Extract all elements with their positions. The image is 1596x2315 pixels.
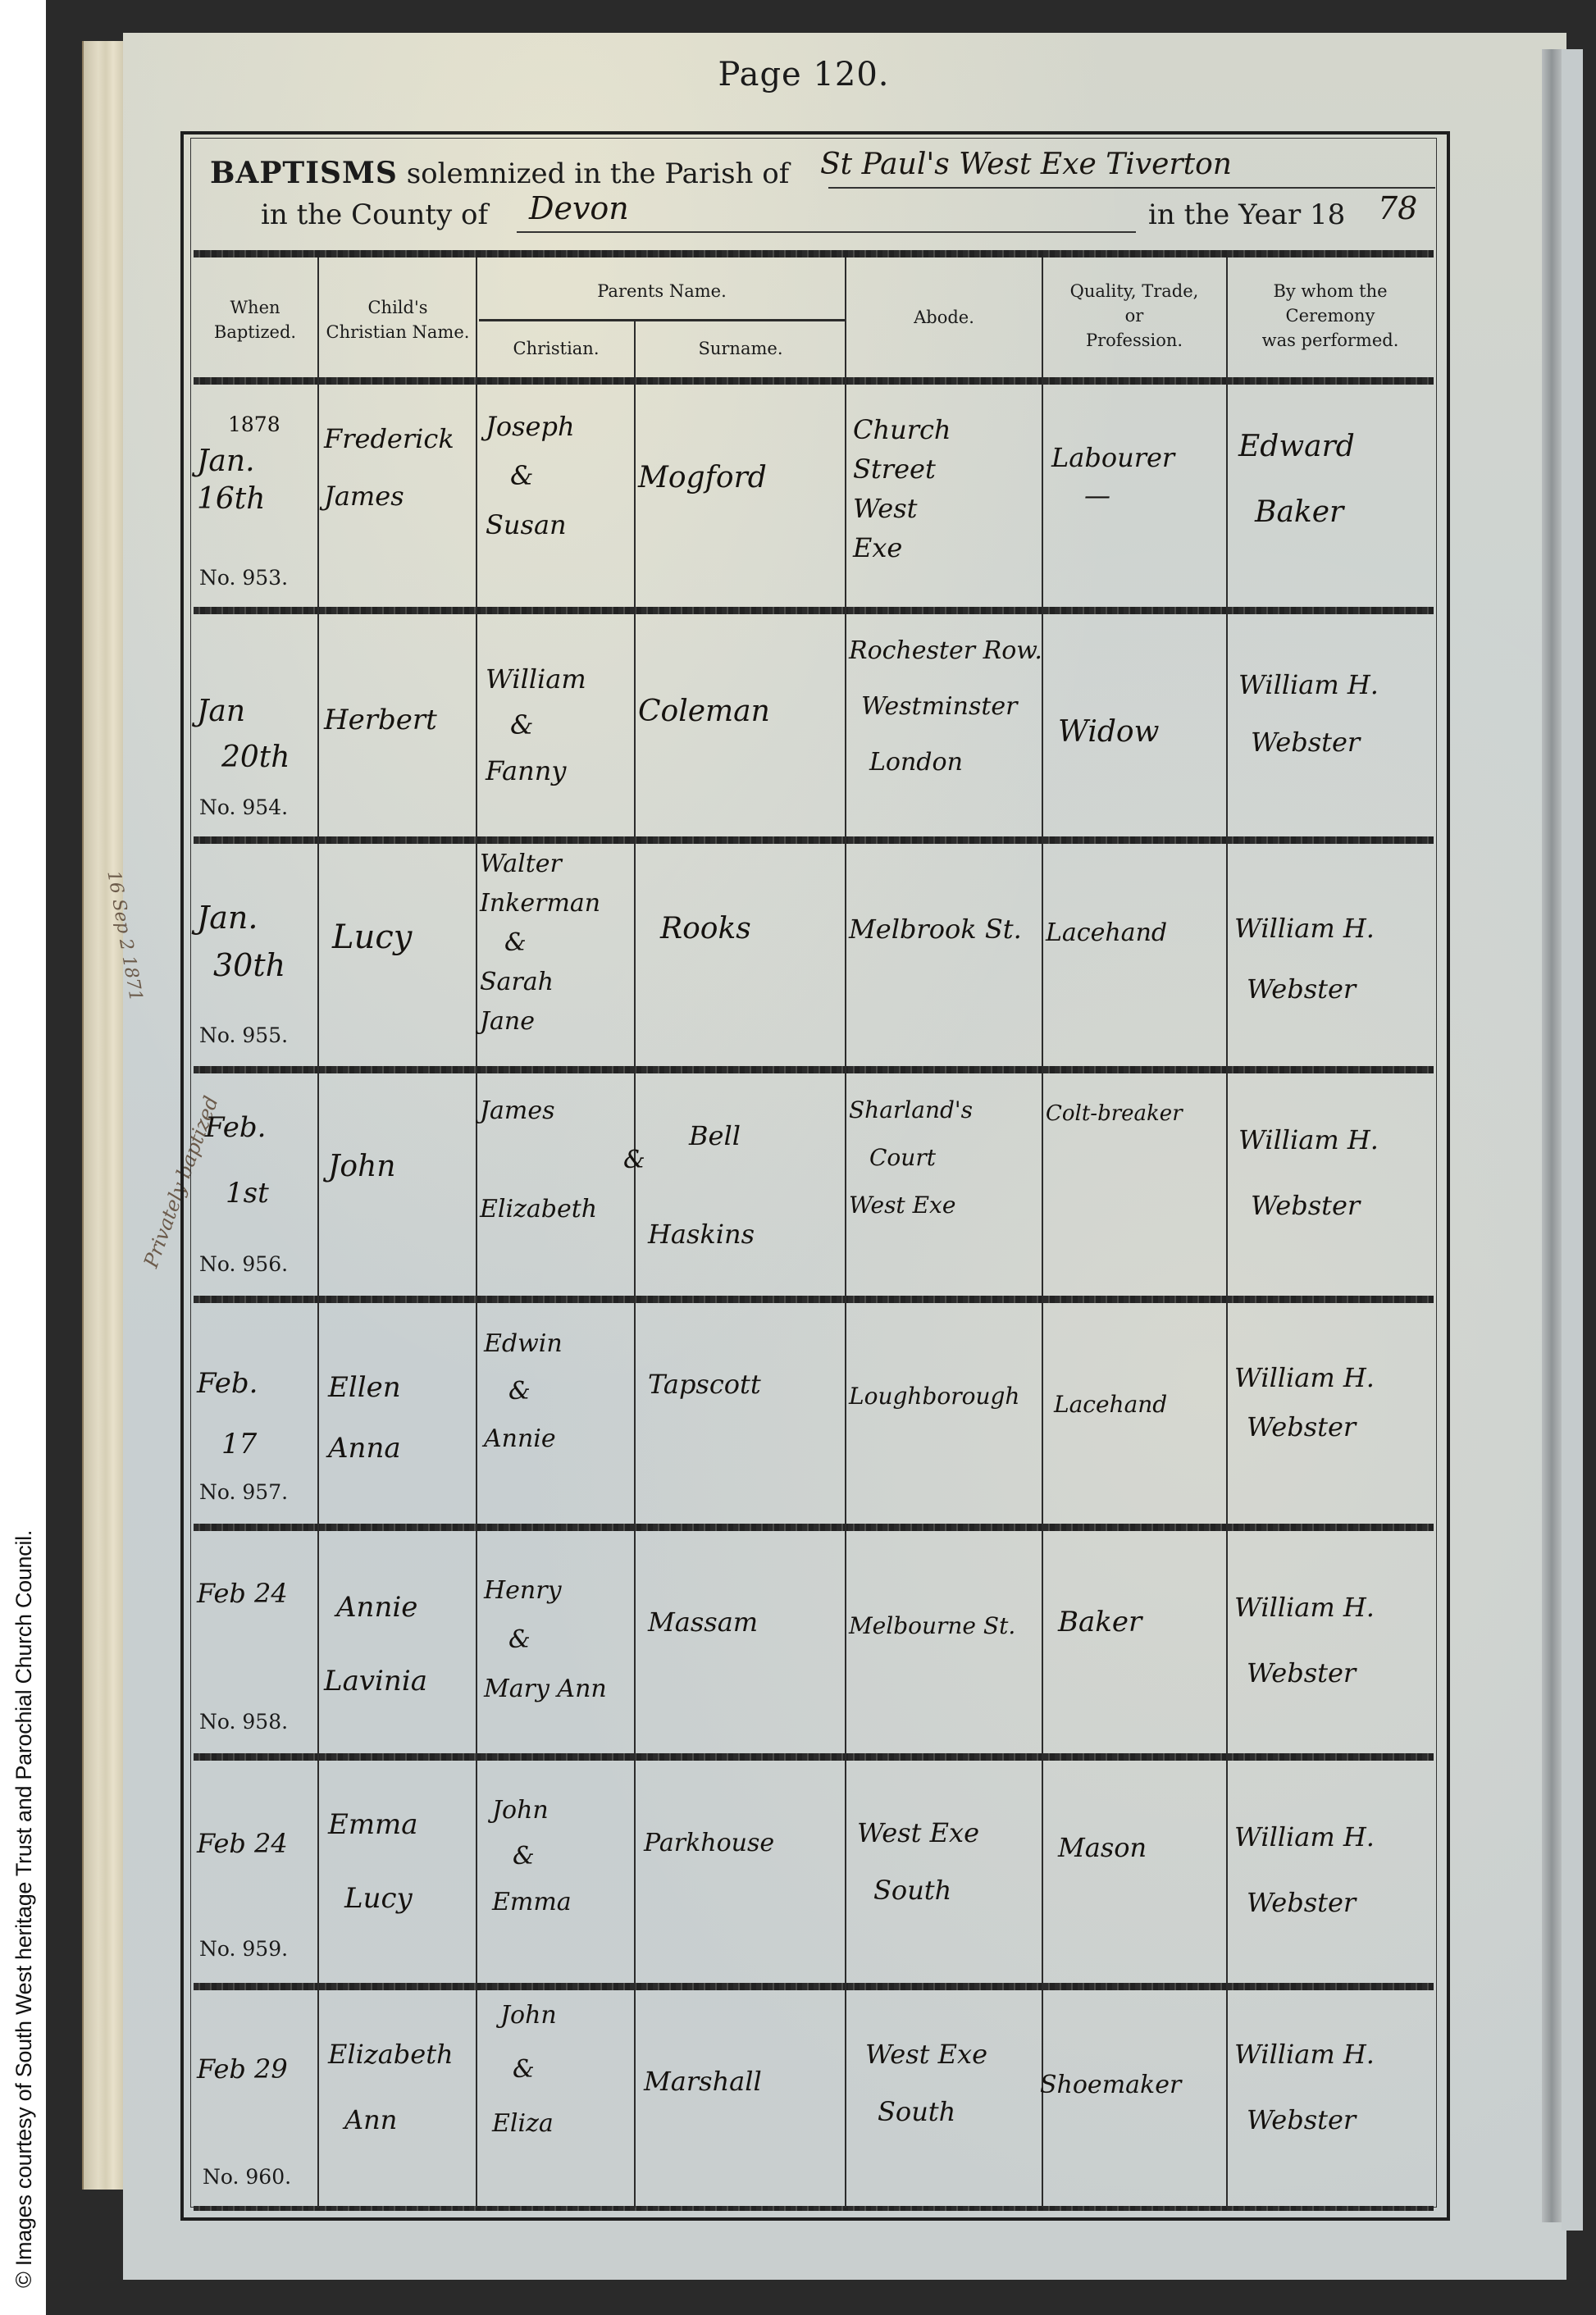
col-line-2 (476, 257, 477, 2208)
rule-header-top (194, 250, 1434, 257)
entry-surname: Parkhouse (644, 1825, 774, 1862)
col-line-5 (1042, 257, 1043, 2208)
book-gutter (1542, 49, 1562, 2222)
entry-quality: Mason (1058, 1829, 1147, 1866)
entry-by-whom: William H.Webster (1234, 2021, 1375, 2153)
entry-surname: Mogford (638, 459, 767, 497)
entry-year: 1878 (228, 406, 280, 444)
entry-parents-christian: John&Eliza (492, 1989, 557, 2151)
rule-row-5 (194, 1524, 1434, 1531)
rule-row-2 (194, 836, 1434, 844)
entry-when: Feb.1st (205, 1095, 269, 1226)
entry-abode: ChurchStreetWestExe (853, 410, 951, 567)
entry-when: Feb.17 (197, 1353, 258, 1474)
entry-abode: West ExeSouth (857, 1804, 979, 1919)
entry-child-name: Lucy (332, 918, 412, 956)
rule-header-bottom (194, 377, 1434, 385)
col-header-abode: Abode. (846, 305, 1042, 330)
rule-row-3 (194, 1066, 1434, 1073)
entry-by-whom: William H.Webster (1234, 898, 1375, 1019)
entry-abode: Rochester Row.WestminsterLondon (849, 623, 1042, 791)
entry-abode: Melbourne St. (849, 1607, 1015, 1645)
entry-child-name: Herbert (324, 701, 437, 739)
entry-parents-christian: John&Emma (492, 1788, 572, 1925)
heading-parish-label: solemnized in the Parish of (407, 157, 790, 190)
entry-by-whom: William H.Webster (1238, 656, 1379, 771)
entry-quality: Baker (1058, 1603, 1142, 1641)
copyright-credit: © Images courtesy of South West heritage… (11, 1530, 37, 2288)
entry-by-whom: William H.Webster (1238, 1107, 1379, 1238)
col-header-when: When Baptized. (194, 295, 317, 344)
col-header-parents-surname: Surname. (636, 336, 845, 361)
entry-parents-christian: Joseph&Susan (486, 402, 575, 549)
parish-name: St Paul's West Exe Tiverton (820, 148, 1232, 181)
register-type: BAPTISMS (210, 156, 398, 190)
county-name: Devon (529, 190, 629, 226)
entry-surname: Coleman (638, 693, 770, 731)
rule-row-1 (194, 607, 1434, 614)
rule-row-4 (194, 1296, 1434, 1303)
facing-page-edge (1562, 49, 1583, 2231)
entry-surname: Marshall (644, 2062, 762, 2100)
entry-parents-christian: Henry&Mary Ann (484, 1566, 607, 1714)
rule-row-6 (194, 1753, 1434, 1761)
entry-number: No. 954. (199, 795, 288, 819)
entry-when: Feb 29 (197, 2050, 288, 2088)
entry-child-name: EllenAnna (328, 1357, 401, 1479)
entry-child-name: ElizabethAnn (328, 2021, 454, 2153)
entry-number: No. 957. (199, 1480, 288, 1504)
entry-abode: Melbrook St. (849, 910, 1022, 948)
entry-child-name: EmmaLucy (328, 1788, 418, 1935)
entry-child-name: FrederickJames (324, 410, 454, 525)
entry-surname: Rooks (660, 910, 751, 948)
entry-parents-christian: Edwin&Annie (484, 1320, 563, 1463)
entry-when: Feb 24 (197, 1825, 288, 1862)
entry-quality: Labourer— (1051, 439, 1174, 514)
entry-parents-christian: William&Fanny (486, 656, 586, 794)
entry-when: Jan.16th (197, 443, 265, 518)
entry-abode: Loughborough (849, 1378, 1019, 1415)
heading-county-label: in the County of (261, 198, 488, 231)
entry-by-whom: William H.Webster (1234, 1804, 1375, 1935)
credit-strip: © Images courtesy of South West heritage… (0, 0, 46, 2315)
entry-child-name: John (328, 1148, 395, 1186)
entry-abode: Sharland'sCourtWest Exe (849, 1087, 973, 1229)
rule-row-7 (194, 1983, 1434, 1990)
parents-subheader-line (479, 319, 845, 321)
entry-by-whom: EdwardBaker (1238, 414, 1355, 545)
register-heading-line1: BAPTISMS solemnized in the Parish of (210, 156, 789, 190)
entry-parents-christian: James&Elizabeth (480, 1087, 645, 1234)
col-header-parents-christian: Christian. (479, 336, 633, 361)
entry-surname: BellHaskins (648, 1087, 755, 1283)
col-line-6 (1226, 257, 1228, 2208)
col-header-parents: Parents Name. (479, 279, 845, 303)
entry-by-whom: William H.Webster (1234, 1353, 1375, 1451)
entry-quality: Colt-breaker (1046, 1095, 1183, 1132)
parish-fill-line (828, 187, 1435, 189)
entry-number: No. 955. (199, 1023, 288, 1047)
entry-parents-christian: WalterInkerman&SarahJane (480, 845, 600, 1041)
year-value: 78 (1378, 190, 1417, 226)
page-number: Page 120. (0, 56, 1596, 93)
entry-surname: Tapscott (648, 1365, 761, 1403)
entry-number: No. 953. (199, 566, 288, 590)
entry-number: No. 956. (199, 1252, 288, 1276)
entry-quality: Shoemaker (1040, 2067, 1181, 2104)
entry-when: Jan20th (197, 689, 290, 781)
col-line-1 (317, 257, 319, 2208)
entry-quality: Lacehand (1046, 914, 1167, 952)
col-header-by-whom: By whom the Ceremony was performed. (1228, 279, 1433, 353)
entry-number: No. 958. (199, 1710, 288, 1734)
entry-number: No. 960. (203, 2165, 291, 2189)
entry-when: Jan.30th (197, 894, 285, 989)
entry-quality: Widow (1058, 713, 1159, 751)
county-fill-line (517, 231, 1136, 233)
year-label: in the Year 18 (1148, 198, 1345, 231)
rule-bottom (194, 2206, 1434, 2211)
entry-child-name: AnnieLavinia (324, 1570, 427, 1718)
col-line-4 (845, 257, 846, 2208)
entry-number: No. 959. (199, 1937, 288, 1961)
entry-surname: Massam (648, 1603, 758, 1641)
entry-by-whom: William H.Webster (1234, 1574, 1375, 1706)
entry-quality: Lacehand (1054, 1386, 1167, 1424)
col-header-quality: Quality, Trade, or Profession. (1043, 279, 1225, 353)
col-line-3 (634, 321, 636, 2208)
entry-abode: West ExeSouth (865, 2026, 987, 2140)
col-header-child: Child's Christian Name. (320, 295, 476, 344)
entry-when: Feb 24 (197, 1574, 288, 1612)
